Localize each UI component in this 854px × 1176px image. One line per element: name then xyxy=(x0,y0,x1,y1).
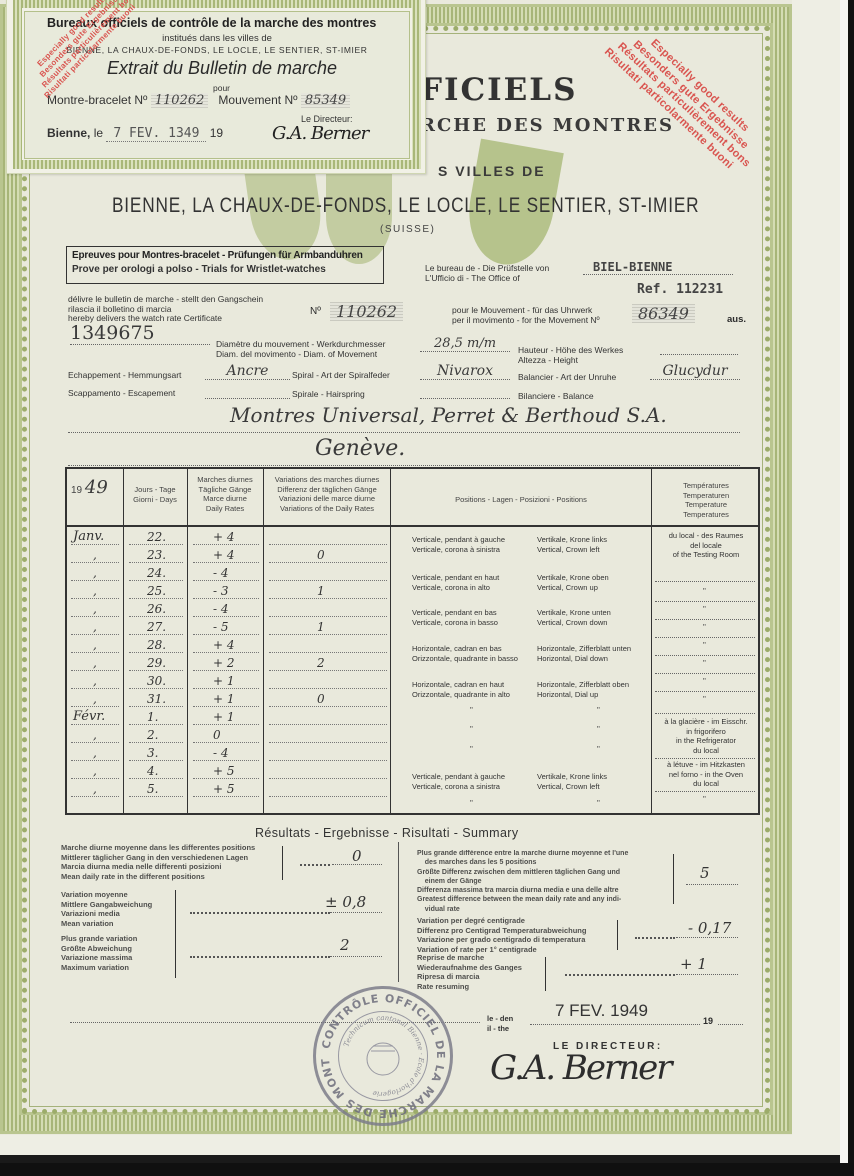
dot-leader xyxy=(565,974,675,976)
ditto-mark: " xyxy=(597,706,600,715)
rate-cell: - 4 xyxy=(213,746,229,760)
ditto-dot: , xyxy=(93,548,97,562)
director-signature: G.A. Berner xyxy=(490,1048,671,1088)
rate-cell: - 5 xyxy=(213,620,229,634)
temp-line xyxy=(655,619,755,620)
maker-line-1 xyxy=(68,432,740,433)
brace xyxy=(282,846,283,880)
rate-cell: + 5 xyxy=(213,764,235,778)
resuming-label: Reprise de marche Wiederaufnahme des Gan… xyxy=(417,953,522,991)
date-labels: le - den il - the xyxy=(487,1014,513,1033)
cities-line: BIENNE, LA CHAUX-DE-FONDS, LE LOCLE, LE … xyxy=(112,194,768,218)
ditto-mark: " xyxy=(470,725,473,734)
case-number: 1349675 xyxy=(70,322,210,345)
temp-ditto: " xyxy=(703,659,706,668)
month-cell: Févr. xyxy=(73,709,105,724)
days-header: Jours - Tage Giorni - Days xyxy=(125,485,185,504)
temp-line xyxy=(655,758,755,759)
trial-type-line2: Prove per orologi a polso - Trials for W… xyxy=(72,264,378,275)
maker-line-2 xyxy=(68,465,740,466)
extract-stub: Bureaux officiels de contrôle de la marc… xyxy=(6,0,426,174)
rate-cell: + 2 xyxy=(213,656,235,670)
temp-line xyxy=(655,581,755,582)
temp-line xyxy=(655,791,755,792)
trial-type-box: Epreuves pour Montres-bracelet - Prüfung… xyxy=(66,246,384,284)
temp-ditto: " xyxy=(703,695,706,704)
summary-divider xyxy=(398,842,399,982)
position-2-de-en: Vertikale, Krone oben Vertical, Crown up xyxy=(537,573,609,592)
rate-cell: 0 xyxy=(213,728,221,742)
escapement-label-1: Echappement - Hemmungsart xyxy=(68,371,181,381)
watch-no-label: Nº xyxy=(310,306,321,317)
title-line-3: S VILLES DE xyxy=(438,163,546,179)
maker-name: Montres Universal, Perret & Berthoud S.A… xyxy=(230,403,667,427)
diameter-label: Diamètre du mouvement - Werkdurchmesser … xyxy=(216,340,385,359)
country-label: (SUISSE) xyxy=(380,224,435,235)
dot-leader xyxy=(635,937,675,939)
ditto-dot: , xyxy=(93,764,97,778)
trial-type-line1: Epreuves pour Montres-bracelet - Prüfung… xyxy=(72,250,378,261)
table-row: ,3.- 4 xyxy=(67,743,377,761)
rate-cell: - 4 xyxy=(213,602,229,616)
brace xyxy=(617,920,618,950)
date-line xyxy=(530,1024,700,1025)
maker-city: Genève. xyxy=(315,436,405,461)
il-the-label: il - the xyxy=(487,1024,513,1034)
dot-leader xyxy=(190,956,330,958)
position-5-de-en: Horizontale, Zifferblatt oben Horizontal… xyxy=(537,680,629,699)
table-row: Févr.1.+ 1 xyxy=(67,707,377,725)
day-cell: 23. xyxy=(147,548,166,562)
day-cell: 5. xyxy=(147,782,158,796)
table-row: ,2.0 xyxy=(67,725,377,743)
rates-table: 19 49 Jours - Tage Giorni - Days Marches… xyxy=(65,467,760,815)
ditto-dot: , xyxy=(93,674,97,688)
variation-cell: 2 xyxy=(317,656,325,670)
stub-numbers-row: Montre-bracelet Nº 110262 Mouvement Nº 8… xyxy=(47,93,350,108)
ditto-dot: , xyxy=(93,782,97,796)
stub-watch-number: 110262 xyxy=(151,93,209,108)
temp-var-label: Variation per degré centigrade Differenz… xyxy=(417,916,586,954)
official-seal-icon: CONTRÔLE OFFICIEL DE LA MARCHE DES MONTR… xyxy=(313,986,453,1126)
temp-ditto: " xyxy=(703,587,706,596)
title-line-1: FICIELS xyxy=(420,72,578,108)
year-suffix: 19 xyxy=(703,1016,713,1026)
office-label: Le bureau de - Die Prüfstelle von L'Uffi… xyxy=(425,264,549,283)
ditto-dot: , xyxy=(93,728,97,742)
table-row: ,29.+ 22 xyxy=(67,653,377,671)
ditto-mark: " xyxy=(470,799,473,808)
ditto-dot: , xyxy=(93,638,97,652)
aus-label: aus. xyxy=(727,314,746,325)
movement-l2: per il movimento - for the Movement Nº xyxy=(452,316,600,326)
temp-line xyxy=(655,601,755,602)
variation-cell: 1 xyxy=(317,584,325,598)
ditto-mark: " xyxy=(470,706,473,715)
dot-leader xyxy=(190,912,330,914)
ditto-dot: , xyxy=(93,584,97,598)
escapement-label-2: Scappamento - Escapement xyxy=(68,389,175,399)
rate-cell: - 3 xyxy=(213,584,229,598)
max-variation-value: 2 xyxy=(340,936,350,954)
value-line xyxy=(686,884,738,885)
table-row: ,26.- 4 xyxy=(67,599,377,617)
height-label: Hauteur - Höhe des Werkes Altezza - Heig… xyxy=(518,346,623,365)
year-prefix: 19 xyxy=(71,485,82,496)
year-line xyxy=(718,1024,743,1025)
stub-year-suffix: 19 xyxy=(210,126,223,140)
rate-cell: + 4 xyxy=(213,530,235,544)
stub-movement-number: 85349 xyxy=(301,93,350,108)
table-row: ,4.+ 5 xyxy=(67,761,377,779)
positions-header: Positions - Lagen - Posizioni - Position… xyxy=(392,495,650,505)
value-line xyxy=(330,956,382,957)
greatest-diff-value: 5 xyxy=(700,864,710,882)
day-cell: 25. xyxy=(147,584,166,598)
brace xyxy=(175,934,176,978)
office-value: BIEL-BIENNE xyxy=(583,260,733,275)
max-variation-label: Plus grande variation Größte Abweichung … xyxy=(61,934,137,972)
resuming-value: + 1 xyxy=(680,955,707,973)
temp-line xyxy=(655,713,755,714)
office-label-2: L'Ufficio di - The Office of xyxy=(425,274,549,284)
ditto-mark: " xyxy=(597,725,600,734)
temps-header: Températures Temperaturen Temperature Te… xyxy=(653,481,759,519)
variation-cell: 1 xyxy=(317,620,325,634)
svg-text:Technicum cantonal Bienne · Ec: Technicum cantonal Bienne · Ecole d'horl… xyxy=(342,1014,425,1098)
title-line-2: RCHE DES MONTRES xyxy=(420,115,674,136)
temp-ditto: " xyxy=(703,605,706,614)
mean-rate-label: Marche diurne moyenne dans les different… xyxy=(61,843,255,881)
day-cell: 28. xyxy=(147,638,166,652)
svg-text:CONTRÔLE OFFICIEL DE LA MARCHE: CONTRÔLE OFFICIEL DE LA MARCHE DES MONTR… xyxy=(316,989,447,1120)
temp-line xyxy=(655,637,755,638)
ditto-dot: , xyxy=(93,620,97,634)
position-5-fr-it: Horizontale, cadran en haut Orizzontale,… xyxy=(412,680,510,699)
table-row: ,31.+ 10 xyxy=(67,689,377,707)
variation-cell: 0 xyxy=(317,548,325,562)
rate-cell: - 4 xyxy=(213,566,229,580)
spiral-label-2: Spirale - Hairspring xyxy=(292,390,365,400)
greatest-diff-label: Plus grande différence entre la marche d… xyxy=(417,849,628,914)
day-cell: 22. xyxy=(147,530,166,544)
variation-cell: 0 xyxy=(317,692,325,706)
table-row: ,28.+ 4 xyxy=(67,635,377,653)
col-divider xyxy=(651,469,652,813)
table-row: ,25.- 31 xyxy=(67,581,377,599)
table-row: ,30.+ 1 xyxy=(67,671,377,689)
stub-movement-label: Mouvement Nº xyxy=(218,93,297,107)
balance-value: Glucydur xyxy=(650,363,740,380)
temp-line xyxy=(655,655,755,656)
day-cell: 2. xyxy=(147,728,158,742)
position-6-de-en: Vertikale, Krone links Vertical, Crown l… xyxy=(537,772,607,791)
rates-header: Marches diurnes Tägliche Gänge Marce diu… xyxy=(189,475,261,513)
day-cell: 4. xyxy=(147,764,158,778)
position-3-fr-it: Verticale, pendant en bas Verticale, cor… xyxy=(412,608,498,627)
day-cell: 30. xyxy=(147,674,166,688)
position-2-fr-it: Verticale, pendant en haut Verticale, co… xyxy=(412,573,499,592)
year-header: 19 49 xyxy=(71,483,121,496)
spiral-label-1: Spiral - Art der Spiralfeder xyxy=(292,371,390,381)
dot-leader xyxy=(300,864,330,866)
stub-date-row: Bienne, le 7 FEV. 1349 19 xyxy=(47,126,223,142)
rate-cell: + 4 xyxy=(213,638,235,652)
temp-line xyxy=(655,691,755,692)
stub-le: le xyxy=(94,126,103,140)
ditto-dot: , xyxy=(93,692,97,706)
position-1-de-en: Vertikale, Krone links Vertical, Crown l… xyxy=(537,535,607,554)
value-line xyxy=(330,912,382,913)
rate-cell: + 5 xyxy=(213,782,235,796)
mean-variation-label: Variation moyenne Mittlere Gangabweichun… xyxy=(61,890,152,928)
rate-cell: + 1 xyxy=(213,692,235,706)
balance-label-1: Balancier - Art der Unruhe xyxy=(518,373,616,383)
position-4-de-en: Horizontale, Zifferblatt unten Horizonta… xyxy=(537,644,631,663)
value-line xyxy=(676,974,738,975)
brace xyxy=(545,957,546,991)
day-cell: 27. xyxy=(147,620,166,634)
scan-border xyxy=(848,0,854,1176)
table-row: ,23.+ 40 xyxy=(67,545,377,563)
stub-date: 7 FEV. 1349 xyxy=(106,126,206,142)
ditto-dot: , xyxy=(93,656,97,670)
temp-line xyxy=(655,673,755,674)
day-cell: 31. xyxy=(147,692,166,706)
summary-title: Résultats - Ergebnisse - Risultati - Sum… xyxy=(255,826,519,840)
day-cell: 1. xyxy=(147,710,158,724)
temp-refrigerator: à la glacière - im Eisschr. in frigorife… xyxy=(653,717,759,755)
diameter-value: 28,5 m/m xyxy=(420,336,510,352)
mean-rate-value: 0 xyxy=(352,847,362,865)
ditto-mark: " xyxy=(470,745,473,754)
spiral-line-2 xyxy=(420,398,510,399)
day-cell: 24. xyxy=(147,566,166,580)
temp-testing-room: du local - des Raumes del locale of the … xyxy=(653,531,759,560)
le-den-label: le - den xyxy=(487,1014,513,1024)
rate-cell: + 1 xyxy=(213,710,235,724)
height-l2: Altezza - Height xyxy=(518,356,623,366)
temp-oven: à létuve - im Hitzkasten nel forno - in … xyxy=(653,760,759,789)
escapement-line-2 xyxy=(205,398,290,399)
scan-border-bottom xyxy=(0,1163,854,1176)
rate-cell: + 1 xyxy=(213,674,235,688)
temp-ditto: " xyxy=(703,677,706,686)
temp-ditto: " xyxy=(703,795,706,804)
position-3-de-en: Vertikale, Krone unten Vertical, Crown d… xyxy=(537,608,611,627)
table-row: ,27.- 51 xyxy=(67,617,377,635)
balance-label-2: Bilanciere - Balance xyxy=(518,392,594,402)
brace xyxy=(175,890,176,934)
stub-pour: pour xyxy=(213,83,230,93)
spiral-value: Nivarox xyxy=(420,363,510,380)
seal-text-icon: CONTRÔLE OFFICIEL DE LA MARCHE DES MONTR… xyxy=(316,989,450,1123)
month-cell: Janv. xyxy=(73,529,104,544)
diameter-l2: Diam. del movimento - Diam. of Movement xyxy=(216,350,385,360)
watch-number: 110262 xyxy=(330,302,403,321)
table-row: ,24.- 4 xyxy=(67,563,377,581)
ditto-dot: , xyxy=(93,602,97,616)
temp-var-value: - 0,17 xyxy=(688,919,731,937)
ditto-dot: , xyxy=(93,566,97,580)
height-value xyxy=(660,354,738,355)
rate-cell: + 4 xyxy=(213,548,235,562)
movement-number: 86349 xyxy=(632,304,695,323)
day-cell: 26. xyxy=(147,602,166,616)
ditto-dot: , xyxy=(93,746,97,760)
day-cell: 29. xyxy=(147,656,166,670)
table-row: ,5.+ 5 xyxy=(67,779,377,797)
value-line xyxy=(676,937,738,938)
ditto-mark: " xyxy=(597,745,600,754)
variations-header: Variations des marches diurnes Differenz… xyxy=(265,475,389,513)
position-4-fr-it: Horizontale, cadran en bas Orizzontale, … xyxy=(412,644,518,663)
delivers-label: délivre le bulletin de marche - stellt d… xyxy=(68,295,263,324)
position-6-fr-it: Verticale, pendant à gauche Verticale, c… xyxy=(412,772,505,791)
brace xyxy=(673,854,674,904)
temp-ditto: " xyxy=(703,623,706,632)
mean-variation-value: ± 0,8 xyxy=(325,893,366,911)
temp-ditto: " xyxy=(703,641,706,650)
movement-label: pour le Mouvement - für das Uhrwerk per … xyxy=(452,306,600,325)
stub-place: Bienne, xyxy=(47,126,90,140)
ditto-mark: " xyxy=(597,799,600,808)
table-row: Janv.22.+ 4 xyxy=(67,527,377,545)
year-value: 49 xyxy=(85,477,108,498)
stub-watch-label: Montre-bracelet Nº xyxy=(47,93,147,107)
col-divider xyxy=(390,469,391,813)
reference-number: Ref. 112231 xyxy=(637,282,723,297)
day-cell: 3. xyxy=(147,746,158,760)
position-1-fr-it: Verticale, pendant à gauche Verticale, c… xyxy=(412,535,505,554)
issue-date: 7 FEV. 1949 xyxy=(555,1001,648,1021)
stub-signature: G.A. Berner xyxy=(272,123,368,144)
escapement-value: Ancre xyxy=(205,363,290,380)
